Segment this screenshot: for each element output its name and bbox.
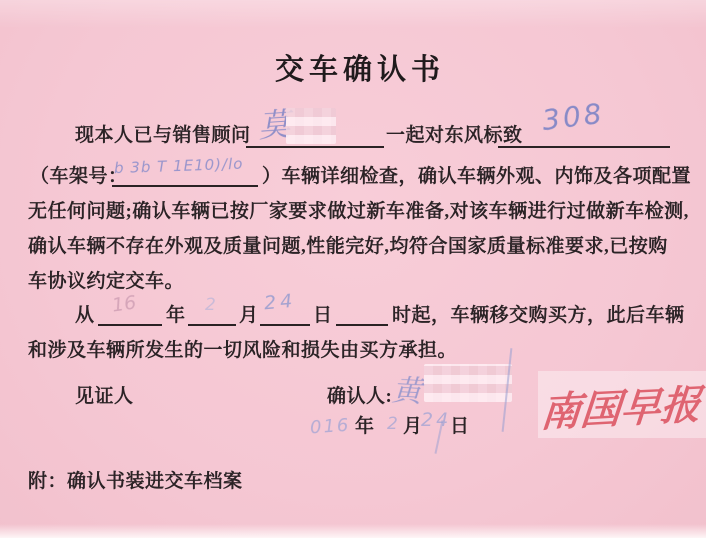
from-day-blank	[260, 324, 310, 326]
paper-bottom-edge	[0, 524, 706, 538]
model-blank	[498, 146, 670, 148]
confirmer-name-redaction-mosaic	[424, 364, 512, 402]
line6-suffix: 时起，车辆移交购买方，此后车辆	[392, 300, 685, 327]
line1-prefix: 现本人已与销售顾问	[75, 120, 251, 147]
from-hour-blank	[336, 324, 388, 326]
newspaper-watermark: 南国早报	[539, 372, 706, 438]
from-year-blank	[98, 324, 162, 326]
month-label: 月	[239, 300, 259, 327]
confirmer-label: 确认人:	[327, 381, 392, 408]
sig-day-label: 日	[450, 411, 470, 438]
line2-suffix: ）车辆详细检查，确认车辆外观、内饰及各项配置	[262, 161, 691, 188]
handwritten-vin: b 3b T 1E10)/lo	[114, 155, 244, 178]
handwritten-sig-day: 24	[421, 409, 451, 431]
line3-text: 无任何问题;确认车辆已按厂家要求做过新车准备,对该车辆进行过做新车检测,	[28, 196, 689, 223]
from-label: 从	[75, 300, 95, 327]
day-label: 日	[313, 300, 333, 327]
year-label: 年	[166, 300, 186, 327]
handwritten-sig-month: 2	[387, 414, 398, 434]
line4-text: 确认车辆不存在外观及质量问题,性能完好,均符合国家质量标准要求,已按购	[28, 231, 668, 258]
handwritten-model-308: 308	[540, 96, 606, 136]
line1-middle: 一起对东风标致	[386, 120, 523, 147]
paper-top-highlight	[0, 0, 706, 28]
handwritten-confirmer-name: 黄	[391, 365, 423, 411]
from-month-blank	[188, 324, 236, 326]
line2-prefix: （车架号：	[30, 161, 128, 188]
sig-month-label: 月	[403, 411, 423, 438]
line5-text: 车协议约定交车。	[28, 266, 184, 293]
advisor-name-redaction-mosaic	[286, 108, 336, 144]
handwritten-sig-year: 016	[309, 415, 351, 439]
sig-year-label: 年	[355, 411, 375, 438]
footer-note: 附：确认书装进交车档案	[28, 466, 243, 493]
document-scan: 交车确认书 现本人已与销售顾问 一起对东风标致 莫 308 （车架号： ）车辆详…	[0, 0, 706, 538]
witness-label: 见证人	[75, 381, 134, 408]
line7-text: 和涉及车辆所发生的一切风险和损失由买方承担。	[28, 335, 457, 362]
handwritten-from-month: 2	[205, 295, 216, 315]
handwritten-from-day: 24	[263, 290, 297, 315]
handwritten-from-year: 16	[111, 291, 138, 316]
document-title: 交车确认书	[0, 47, 706, 88]
vin-blank	[112, 185, 258, 187]
